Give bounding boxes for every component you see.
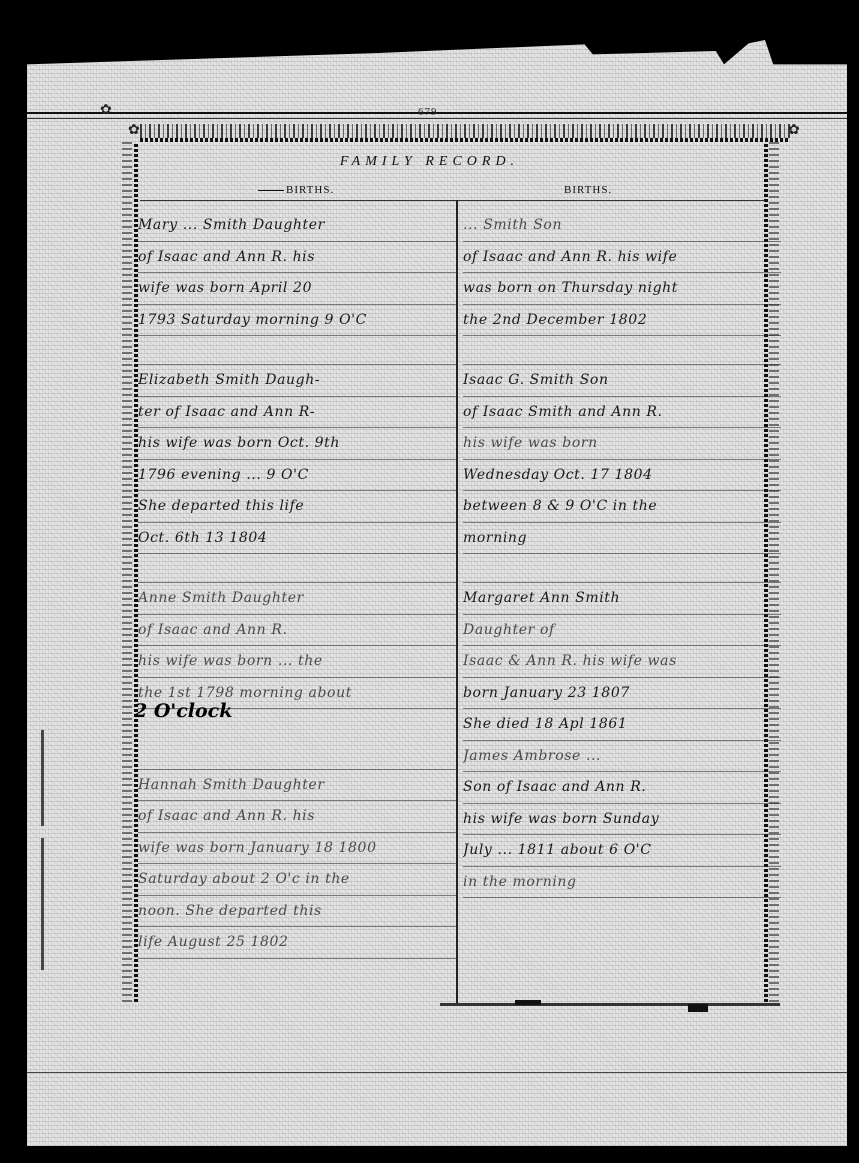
entry-line: Elizabeth Smith Daugh-: [138, 365, 456, 397]
entry-line: ter of Isaac and Ann R-: [138, 397, 456, 429]
entry-line: was born on Thursday night: [463, 273, 781, 305]
right-column-header: BIRTHS.: [564, 184, 612, 196]
decorative-border-left: [124, 142, 138, 1002]
entry-line: between 8 & 9 O'C in the: [463, 491, 781, 523]
entry-line: wife was born April 20: [138, 273, 456, 305]
ink-smudge: [688, 1004, 708, 1012]
entry-line: of Isaac and Ann R. his: [138, 801, 456, 833]
entry-line: 1793 Saturday morning 9 O'C: [138, 305, 456, 337]
entry-line: of Isaac and Ann R.: [138, 615, 456, 647]
entry-line: 1796 evening ... 9 O'C: [138, 460, 456, 492]
header-dash: [258, 190, 284, 191]
entry-line: Wednesday Oct. 17 1804: [463, 460, 781, 492]
entry-spacer: [463, 336, 781, 365]
entry-line: of Isaac and Ann R. his: [138, 242, 456, 274]
birth-entry: Hannah Smith Daughter of Isaac and Ann R…: [138, 770, 456, 959]
entry-line: James Ambrose ...: [463, 741, 781, 773]
entry-line: his wife was born ... the: [138, 646, 456, 678]
right-header-label: BIRTHS.: [564, 184, 612, 196]
header-rule: [140, 200, 765, 201]
entry-line: of Isaac Smith and Ann R.: [463, 397, 781, 429]
birth-entry: ... Smith Son of Isaac and Ann R. his wi…: [463, 210, 781, 336]
entry-line: Isaac & Ann R. his wife was: [463, 646, 781, 678]
ink-smudge: [515, 1000, 541, 1005]
entry-line: Anne Smith Daughter: [138, 583, 456, 615]
entry-line: noon. She departed this: [138, 896, 456, 928]
entry-line: his wife was born: [463, 428, 781, 460]
entry-spacer: [138, 336, 456, 365]
entry-line: She died 18 Apl 1861: [463, 709, 781, 741]
left-column-header: BIRTHS.: [258, 184, 334, 196]
birth-entry: James Ambrose ... Son of Isaac and Ann R…: [463, 741, 781, 899]
birth-entry: Elizabeth Smith Daugh- ter of Isaac and …: [138, 365, 456, 554]
entry-line: Mary ... Smith Daughter: [138, 210, 456, 242]
bottom-page-rule: [27, 1072, 847, 1073]
entry-line: ... Smith Son: [463, 210, 781, 242]
entry-line: morning: [463, 523, 781, 555]
page-number: 679: [418, 106, 438, 118]
left-header-label: BIRTHS.: [286, 184, 334, 196]
column-divider: [456, 200, 458, 1004]
bottom-rule: [440, 1003, 780, 1006]
margin-note-oclock: 2 O'clock: [134, 700, 232, 722]
entry-line: born January 23 1807: [463, 678, 781, 710]
flower-ornament-icon: ✿: [100, 104, 114, 118]
birth-entry: Mary ... Smith Daughter of Isaac and Ann…: [138, 210, 456, 336]
birth-entry: Margaret Ann Smith Daughter of Isaac & A…: [463, 583, 781, 741]
entry-line: She departed this life: [138, 491, 456, 523]
entry-line: the 2nd December 1802: [463, 305, 781, 337]
margin-ink-mark: [41, 730, 44, 970]
flower-ornament-icon: ✿: [788, 124, 802, 138]
entry-line: Hannah Smith Daughter: [138, 770, 456, 802]
entry-line: wife was born January 18 1800: [138, 833, 456, 865]
entry-line: Oct. 6th 13 1804: [138, 523, 456, 555]
decorative-border-top: [140, 124, 790, 138]
top-rule-thin: [27, 118, 847, 119]
entry-line: Son of Isaac and Ann R.: [463, 772, 781, 804]
entry-line: of Isaac and Ann R. his wife: [463, 242, 781, 274]
entry-line: his wife was born Oct. 9th: [138, 428, 456, 460]
entry-line: his wife was born Sunday: [463, 804, 781, 836]
entry-spacer: [138, 741, 456, 770]
entry-line: Isaac G. Smith Son: [463, 365, 781, 397]
decorative-border-dots: [140, 138, 790, 142]
entry-spacer: [463, 554, 781, 583]
entry-line: July ... 1811 about 6 O'C: [463, 835, 781, 867]
entry-spacer: [138, 554, 456, 583]
right-births-column: ... Smith Son of Isaac and Ann R. his wi…: [463, 210, 781, 898]
entry-line: Daughter of: [463, 615, 781, 647]
entry-line: in the morning: [463, 867, 781, 899]
left-births-column: Mary ... Smith Daughter of Isaac and Ann…: [138, 210, 456, 959]
entry-line: Saturday about 2 O'c in the: [138, 864, 456, 896]
entry-line: Margaret Ann Smith: [463, 583, 781, 615]
birth-entry: Isaac G. Smith Son of Isaac Smith and An…: [463, 365, 781, 554]
page-title: FAMILY RECORD.: [0, 154, 859, 170]
entry-line: life August 25 1802: [138, 927, 456, 959]
